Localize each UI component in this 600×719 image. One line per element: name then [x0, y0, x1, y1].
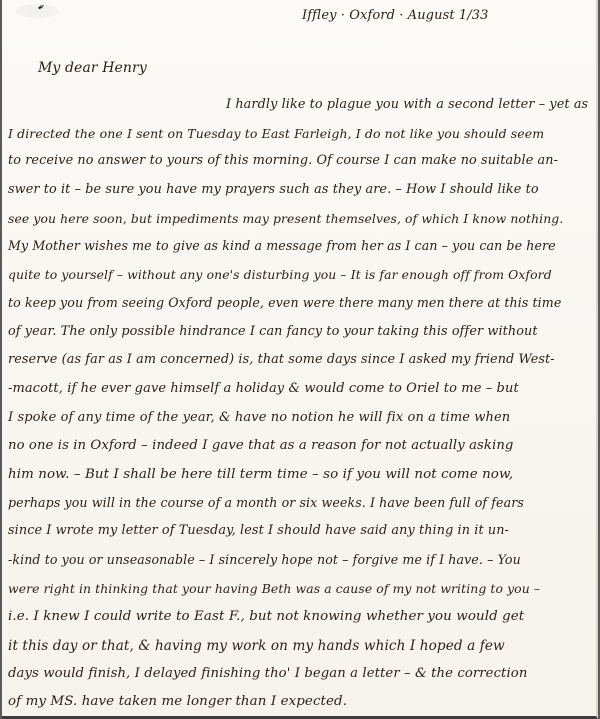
letter-line: to receive no answer to yours of this mo…	[8, 153, 558, 168]
letter-line: I directed the one I sent on Tuesday to …	[8, 126, 544, 141]
letter-line: I hardly like to plague you with a secon…	[226, 97, 588, 112]
letter-line: were right in thinking that your having …	[8, 581, 540, 596]
letter-line: My Mother wishes me to give as kind a me…	[8, 238, 556, 253]
letter-line: to keep you from seeing Oxford people, e…	[8, 295, 561, 310]
letter-line: perhaps you will in the course of a mont…	[8, 495, 524, 510]
letter-line: swer to it – be sure you have my prayers…	[8, 182, 539, 197]
letter-line: no one is in Oxford – indeed I gave that…	[8, 438, 513, 453]
letter-line: -kind to you or unseasonable – I sincere…	[8, 552, 521, 567]
letter-line: quite to yourself – without any one's di…	[8, 267, 552, 282]
letter-line: I spoke of any time of the year, & have …	[8, 410, 510, 425]
letter-line: i.e. I knew I could write to East F., bu…	[8, 609, 524, 624]
letter-line: of year. The only possible hindrance I c…	[8, 324, 538, 339]
letter-salutation: My dear Henry	[38, 60, 147, 76]
letter-line: of my MS. have taken me longer than I ex…	[8, 694, 347, 709]
letter-page: ✒ Iffley · Oxford · August 1/33 My dear …	[2, 0, 598, 719]
letter-line: days would finish, I delayed finishing t…	[8, 666, 527, 681]
letter-line: him now. – But I shall be here till term…	[8, 467, 513, 482]
letter-line: reserve (as far as I am concerned) is, t…	[8, 352, 555, 367]
letter-line: it this day or that, & having my work on…	[8, 638, 505, 654]
letter-line: see you here soon, but impediments may p…	[8, 211, 563, 226]
letter-heading: Iffley · Oxford · August 1/33	[302, 8, 489, 23]
letter-line: since I wrote my letter of Tuesday, lest…	[8, 523, 509, 538]
letter-line: -macott, if he ever gave himself a holid…	[8, 381, 519, 396]
